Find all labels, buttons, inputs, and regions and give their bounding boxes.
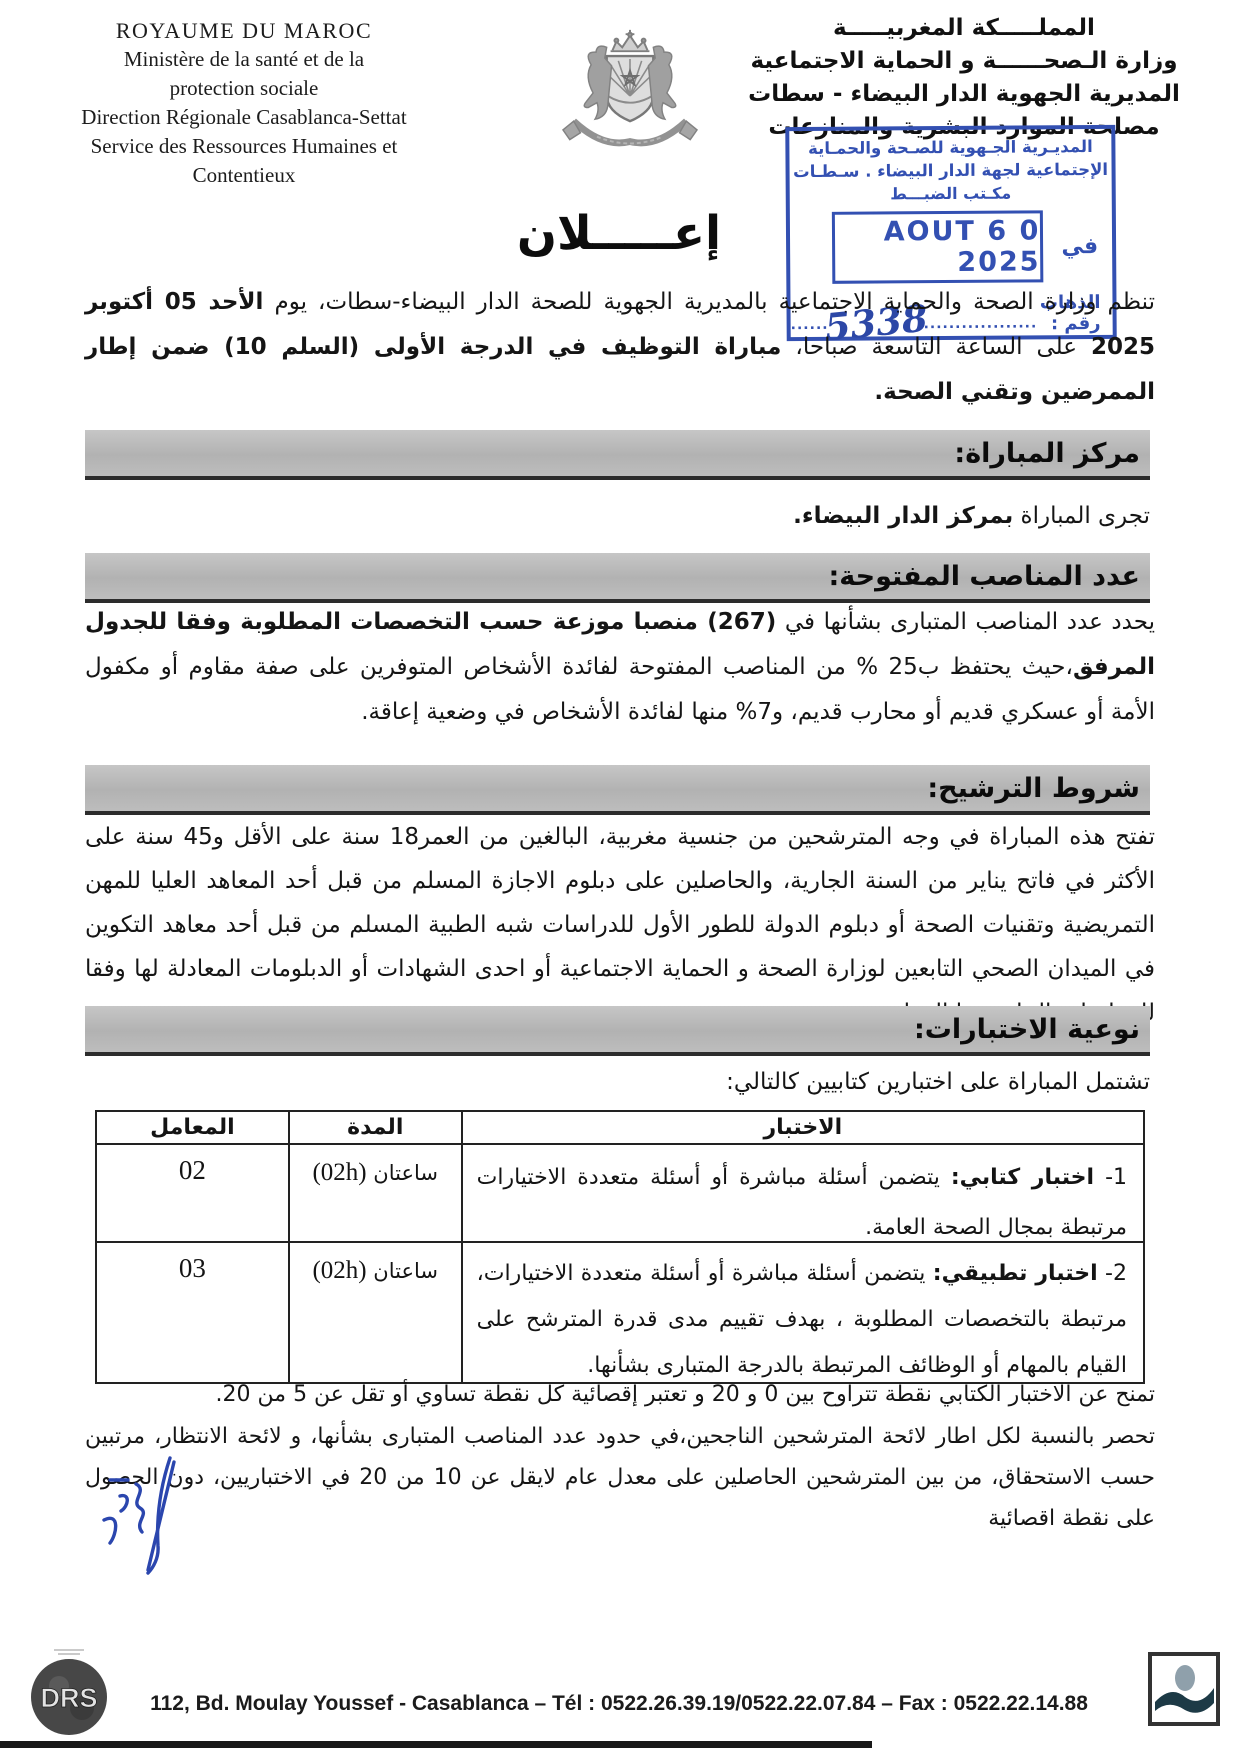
- section-header-open-posts: عدد المناصب المفتوحة:: [85, 553, 1150, 603]
- drs-logo: DRS: [26, 1646, 112, 1738]
- note-ranking: تحصر بالنسبة لكل اطار لائحة المترشحين ال…: [85, 1416, 1155, 1539]
- exam-center-city: بمركز الدار البيضاء.: [793, 503, 1013, 529]
- coat-of-arms-icon: [552, 24, 708, 160]
- open-posts-segment: يحدد عدد المناصب المتبارى بشأنها في: [776, 609, 1155, 635]
- table-row: 1- اختبار كتابي: يتضمن أسئلة مباشرة أو أ…: [97, 1143, 1143, 1241]
- exam-center-segment: تجرى المباراة: [1013, 503, 1150, 529]
- header-french-line: Contentieux: [38, 161, 450, 190]
- page-title: إعـــــلان: [0, 206, 1238, 261]
- table-cell-coefficient-2: 03: [97, 1243, 288, 1382]
- footer-address: 112, Bd. Moulay Youssef - Casablanca – T…: [130, 1692, 1108, 1716]
- table-cell-duration-1: ساعتان (02h): [288, 1145, 461, 1241]
- exam-title: اختبار كتابي:: [951, 1165, 1094, 1190]
- note-scoring: تمنح عن الاختبار الكتابي نقطة تتراوح بين…: [85, 1374, 1155, 1415]
- table-header-coefficient: المعامل: [97, 1112, 288, 1143]
- handwritten-mark: [90, 1450, 188, 1578]
- header-french-line: Ministère de la santé et de la: [38, 45, 450, 74]
- stamp-line: مكـتب الضبـــط: [890, 182, 1011, 206]
- intro-segment: على الساعة التاسعة صباحا،: [781, 334, 1091, 360]
- header-arabic-line: وزارة الـصحــــــة و الحماية الاجتماعية: [700, 45, 1228, 78]
- table-header-exam: الاختبار: [461, 1112, 1143, 1143]
- exam-title: اختبار تطبيقي:: [933, 1261, 1098, 1286]
- conditions-paragraph: تفتح هذه المباراة في وجه المترشحين من جن…: [85, 815, 1155, 1035]
- exam-number: 1-: [1094, 1165, 1127, 1190]
- table-cell-coefficient-1: 02: [97, 1145, 288, 1241]
- intro-paragraph: تنظم وزارة الصحة والحماية الاجتماعية بال…: [85, 280, 1155, 415]
- table-cell-exam-1: 1- اختبار كتابي: يتضمن أسئلة مباشرة أو أ…: [461, 1145, 1143, 1241]
- announcement-document: ROYAUME DU MAROC Ministère de la santé e…: [0, 0, 1238, 1748]
- duration-arabic: ساعتان: [367, 1161, 438, 1185]
- exam-number: 2-: [1098, 1261, 1127, 1286]
- duration-latin: (02h): [312, 1159, 366, 1186]
- drs-logo-text: DRS: [40, 1683, 97, 1713]
- table-cell-exam-2: 2- اختبار تطبيقي: يتضمن أسئلة مباشرة أو …: [461, 1243, 1143, 1382]
- header-arabic: المملـــــكة المغربيـــــة وزارة الـصحــ…: [700, 12, 1228, 144]
- bottom-scan-line: [0, 1741, 872, 1748]
- section-header-conditions: شروط الترشيح:: [85, 765, 1150, 815]
- header-french-line: Direction Régionale Casablanca-Settat: [38, 103, 450, 132]
- exam-center-text: تجرى المباراة بمركز الدار البيضاء.: [85, 494, 1150, 539]
- table-row: 2- اختبار تطبيقي: يتضمن أسئلة مباشرة أو …: [97, 1241, 1143, 1382]
- header-french-line: Service des Ressources Humaines et: [38, 132, 450, 161]
- stamp-line: الإجتماعية لجهة الدار البيضاء . سـطـات: [793, 158, 1108, 183]
- header-french-line: ROYAUME DU MAROC: [38, 16, 450, 45]
- duration-arabic: ساعتان: [367, 1259, 438, 1283]
- tests-table: الاختبار المدة المعامل 1- اختبار كتابي: …: [95, 1110, 1145, 1384]
- table-cell-duration-2: ساعتان (02h): [288, 1243, 461, 1382]
- open-posts-segment: ،حيث يحتفظ ب25 % من المناصب المفتوحة لفا…: [85, 654, 1155, 725]
- section-header-tests: نوعية الاختبارات:: [85, 1006, 1150, 1056]
- stamp-line: المديـرية الجـهوية للصـحة والحمـاية: [808, 135, 1093, 160]
- header-french: ROYAUME DU MAROC Ministère de la santé e…: [38, 16, 450, 190]
- header-french-line: protection sociale: [38, 74, 450, 103]
- tests-intro-text: تشتمل المباراة على اختبارين كتابيين كالت…: [85, 1060, 1150, 1105]
- section-header-exam-center: مركز المباراة:: [85, 430, 1150, 480]
- table-header-duration: المدة: [288, 1112, 461, 1143]
- header-arabic-line: المديرية الجهوية الدار البيضاء - سطات: [700, 78, 1228, 111]
- open-posts-paragraph: يحدد عدد المناصب المتبارى بشأنها في (267…: [85, 600, 1155, 735]
- header-arabic-line: المملـــــكة المغربيـــــة: [700, 12, 1228, 45]
- table-header-row: الاختبار المدة المعامل: [97, 1112, 1143, 1143]
- ministry-person-icon: [1146, 1650, 1222, 1728]
- duration-latin: (02h): [312, 1257, 366, 1284]
- intro-segment: تنظم وزارة الصحة والحماية الاجتماعية بال…: [263, 289, 1155, 315]
